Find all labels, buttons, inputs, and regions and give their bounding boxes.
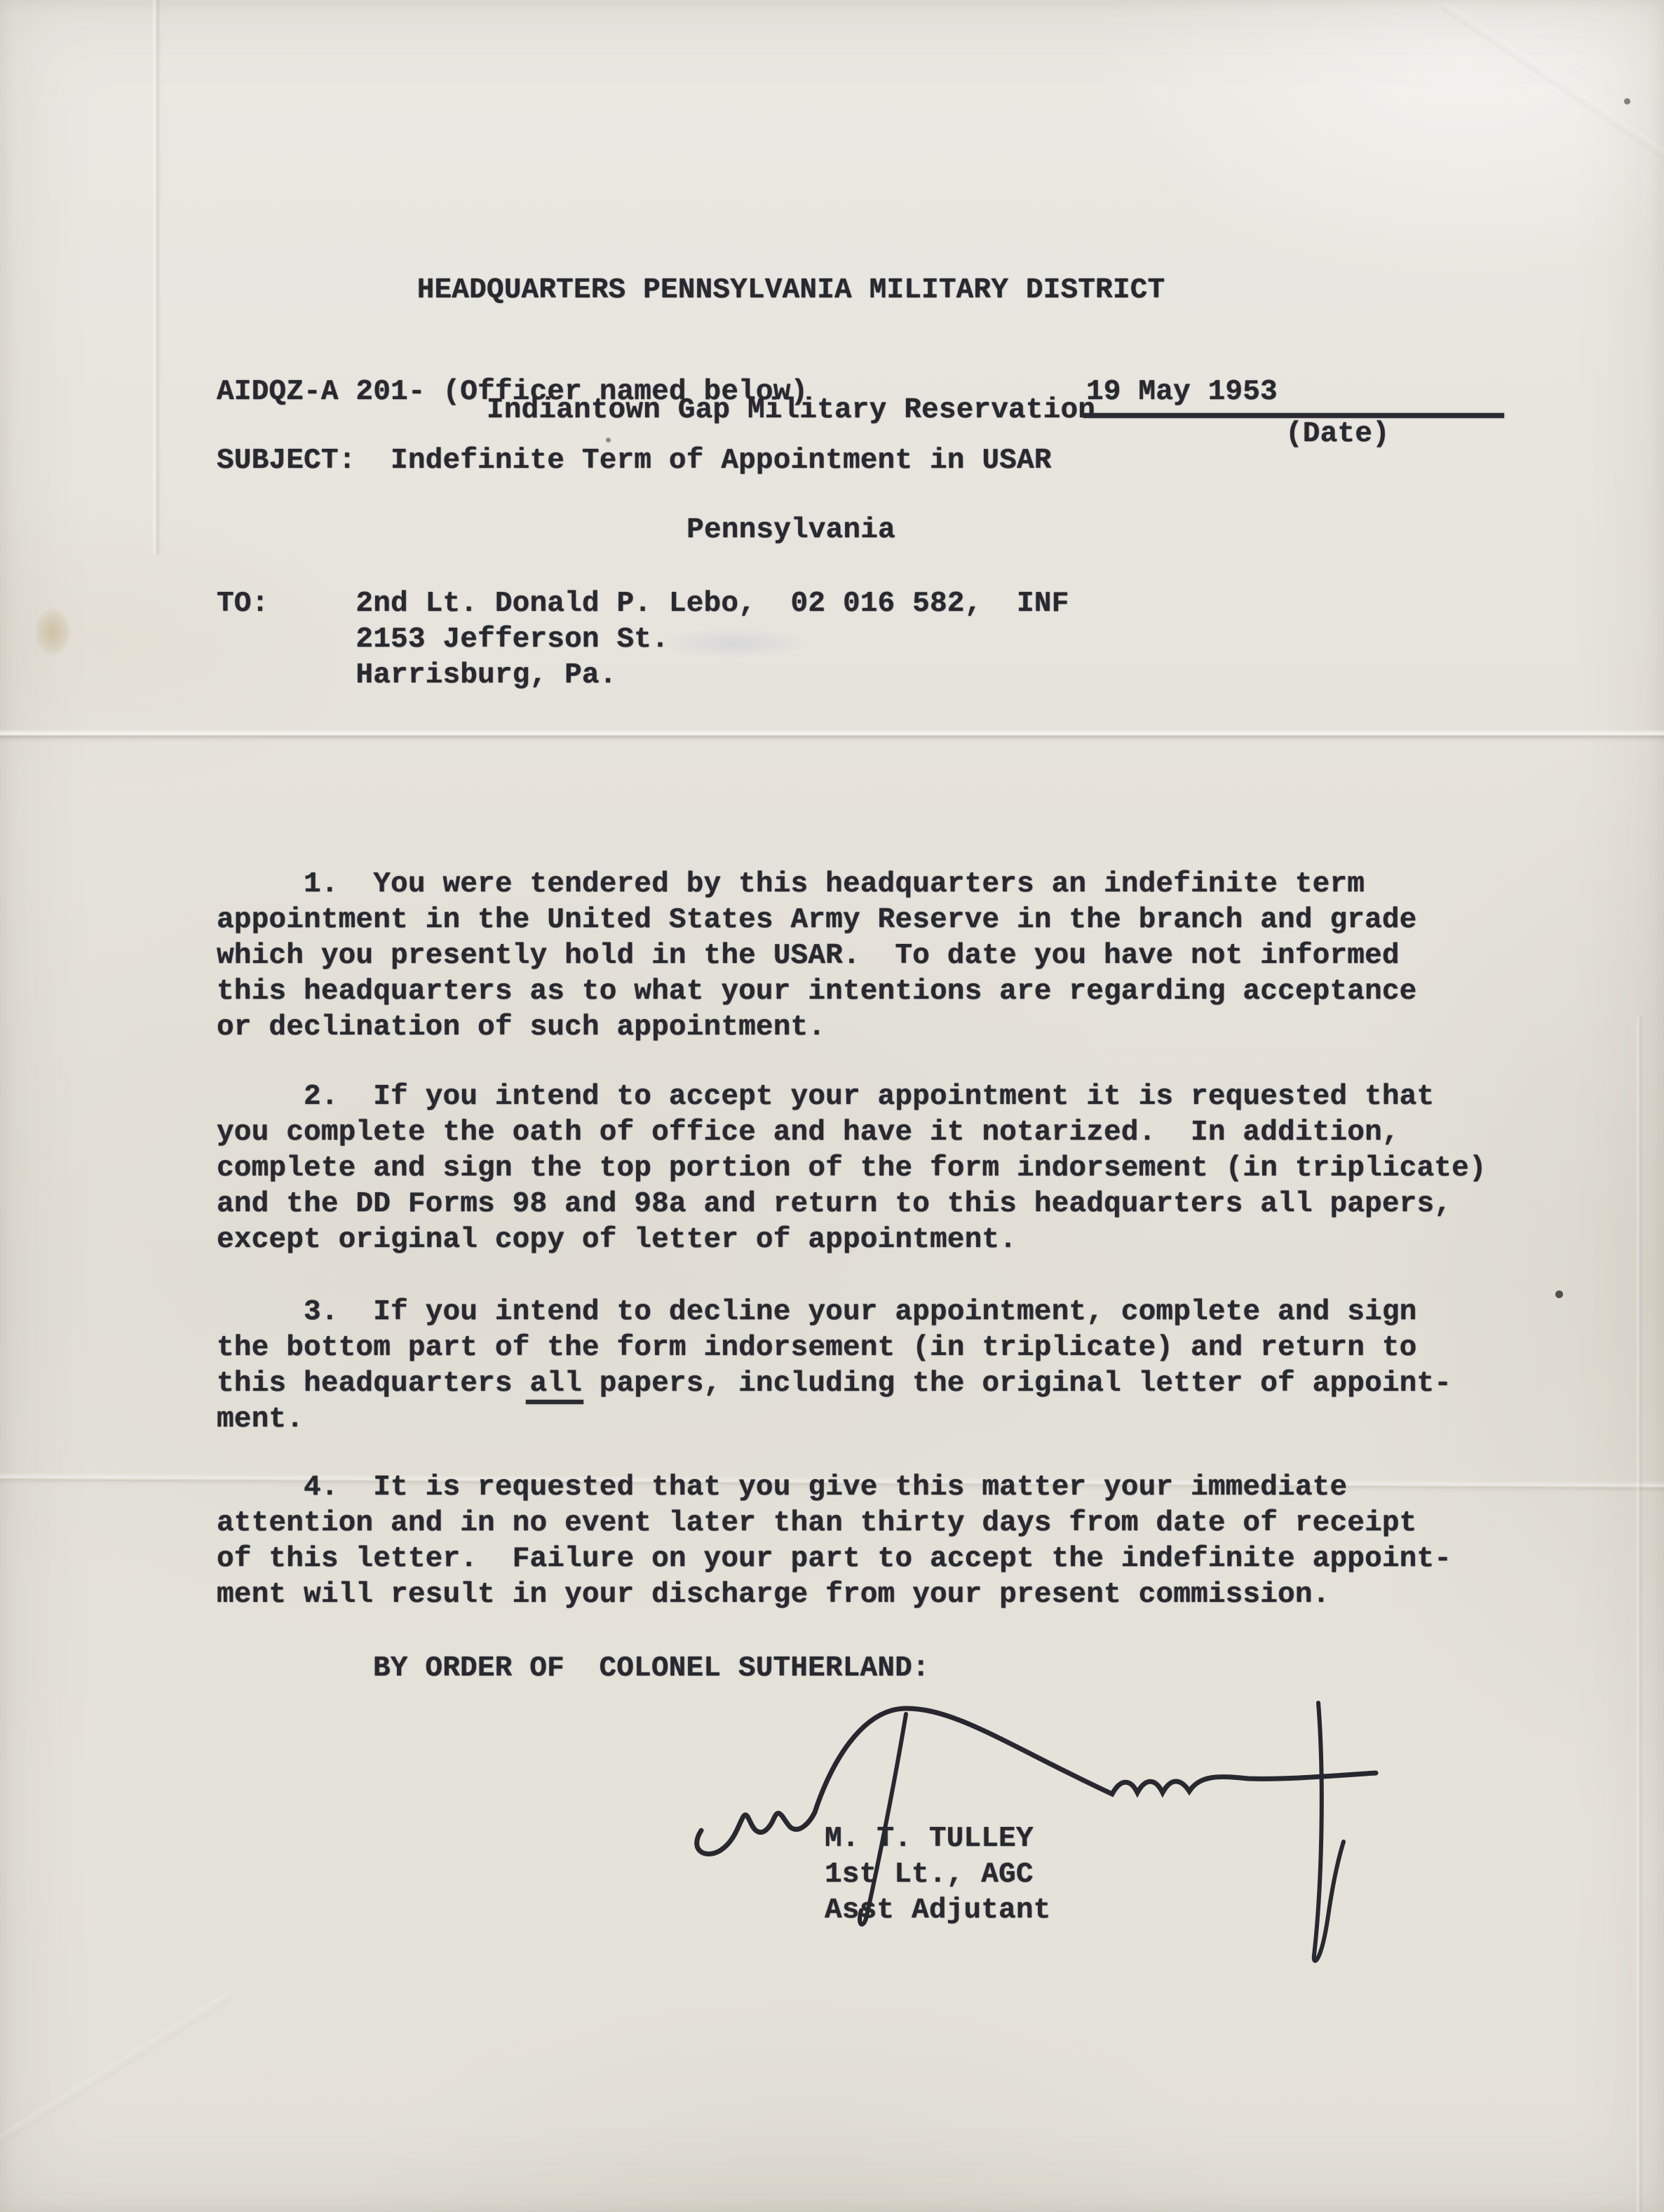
letterhead-line-1: HEADQUARTERS PENNSYLVANIA MILITARY DISTR… [0, 271, 1582, 311]
letterhead-line-3: Pennsylvania [0, 511, 1582, 551]
signature-scrawl [659, 1669, 1445, 1992]
paragraph-4: 4. It is requested that you give this ma… [217, 1470, 1452, 1613]
date-caption: (Date) [1285, 417, 1390, 452]
horizontal-fold-crease-upper [0, 729, 1664, 742]
subject-line: SUBJECT: Indefinite Term of Appointment … [217, 443, 1052, 479]
paragraph-2: 2. If you intend to accept your appointm… [217, 1079, 1487, 1258]
vertical-crease-right-edge [1635, 1017, 1644, 2212]
paragraph-3: 3. If you intend to decline your appoint… [217, 1295, 1452, 1438]
recipient-block: TO: 2nd Lt. Donald P. Lebo, 02 016 582, … [217, 586, 1069, 694]
paragraph-1: 1. You were tendered by this headquarter… [217, 867, 1416, 1046]
all-word-underline [526, 1400, 583, 1404]
ink-speck-right [1555, 1290, 1563, 1298]
corner-crumple-bottom-left [0, 1992, 233, 2156]
corner-crumple-top-right [1440, 1, 1664, 177]
date-value: 19 May 1953 [1086, 375, 1278, 410]
signature-block: M. T. TULLEY 1st Lt., AGC Asst Adjutant [825, 1821, 1050, 1929]
letterhead: HEADQUARTERS PENNSYLVANIA MILITARY DISTR… [0, 191, 1582, 630]
scanned-letter-page: HEADQUARTERS PENNSYLVANIA MILITARY DISTR… [0, 0, 1664, 2212]
ink-speck-corner [1624, 98, 1630, 104]
reference-line: AIDQZ-A 201- (Officer named below) [217, 375, 808, 410]
